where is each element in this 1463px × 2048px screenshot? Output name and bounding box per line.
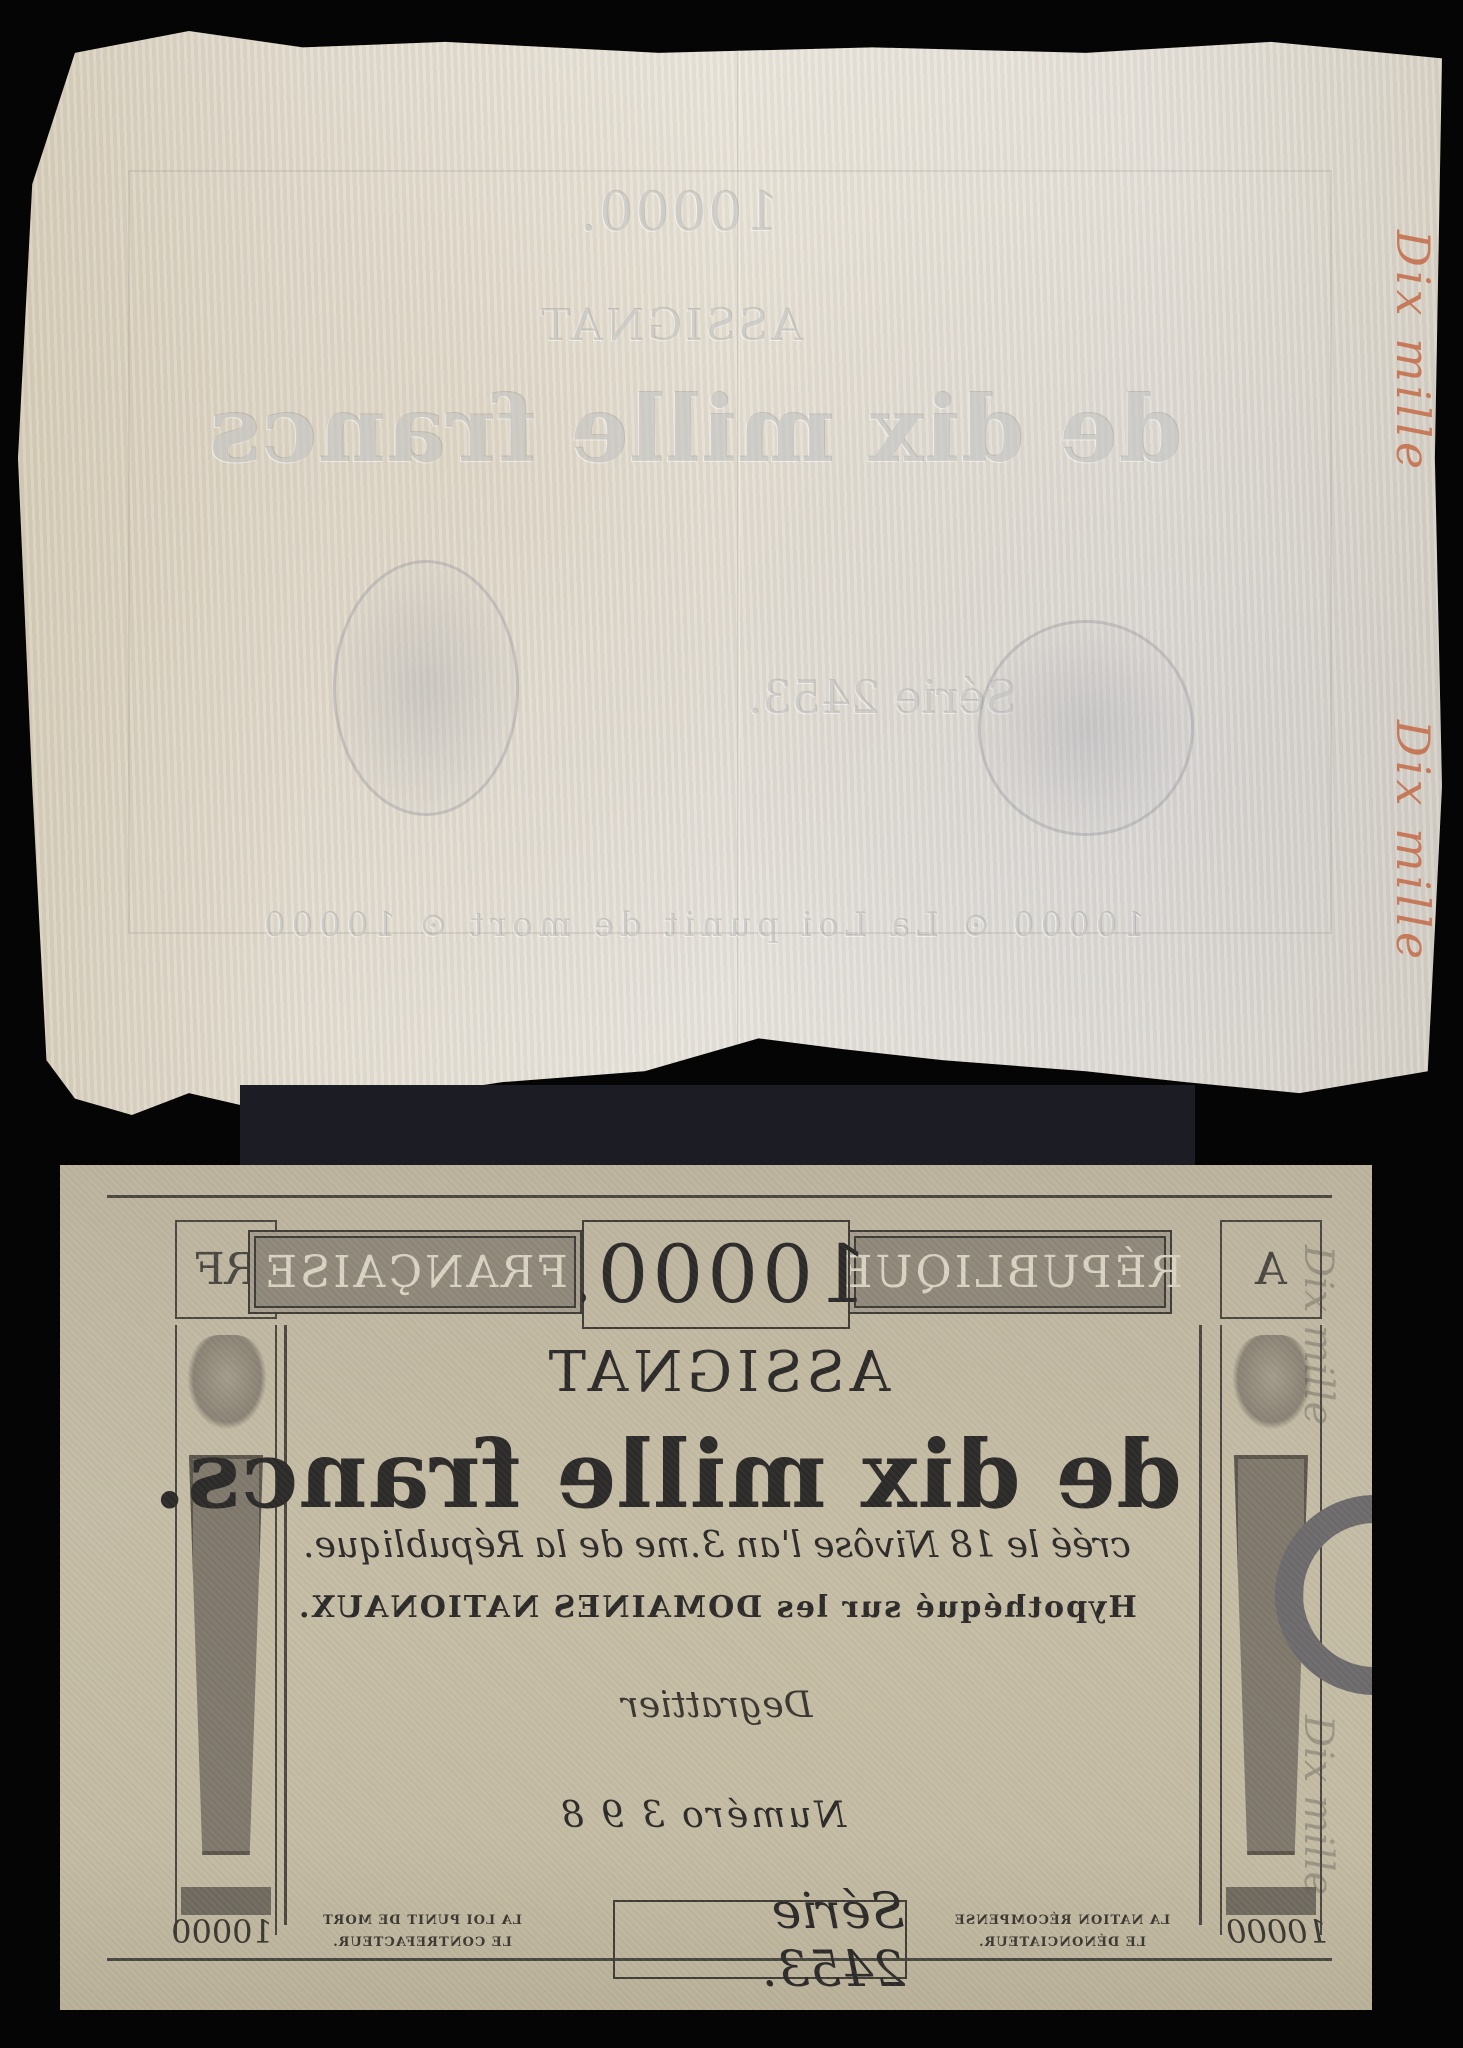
inner-rule-right xyxy=(284,1325,287,1925)
mortgage-line: Hypothéqué sur les DOMAINES NATIONAUX. xyxy=(297,1590,1137,1625)
creation-line: créé le 18 Nivôse l'an 3.me de la Républ… xyxy=(277,1525,1157,1566)
top-band: RÉPUBLIQUE 10000. FRANÇAISE xyxy=(232,1220,1172,1315)
legend-denonciateur: LA NATION RÉCOMPENSE LE DÉNONCIATEUR. xyxy=(947,1910,1177,1954)
ghost-title: ASSIGNAT xyxy=(538,300,803,351)
red-stamp-bottom: Dix mille xyxy=(1386,720,1440,963)
band-francaise: FRANÇAISE xyxy=(248,1230,582,1314)
backing-shadow xyxy=(240,1085,1195,1175)
margin-script-bottom: Dix mille xyxy=(1295,1715,1341,1895)
margin-script-top: Dix mille xyxy=(1295,1245,1341,1425)
signature: Degrattier xyxy=(592,1685,842,1726)
ghost-denomination: 10000. xyxy=(578,180,779,243)
corner-number-left: 10000 xyxy=(1222,1913,1332,1951)
ghost-amount: de dix mille francs xyxy=(253,375,1183,483)
corner-number-right: 10000 xyxy=(167,1913,277,1951)
dry-seal-right-icon xyxy=(978,620,1194,836)
lower-assignat-front: A RF RÉPUBLIQUE 10000. FRANÇAISE ASSIGNA… xyxy=(60,1165,1372,2010)
denomination: 10000. xyxy=(582,1220,850,1329)
serie-label: Série 2453. xyxy=(613,1900,907,1979)
pillar-ceres xyxy=(175,1325,277,1935)
ghost-serie: Série 2453. xyxy=(748,670,1017,724)
pillar-base xyxy=(181,1887,271,1915)
inner-rule-left xyxy=(1199,1325,1202,1925)
ceres-head-icon xyxy=(187,1335,267,1430)
ghost-border-frame xyxy=(128,170,1332,934)
bottom-rule xyxy=(107,1955,1332,1957)
ghost-bottom-line: 10000 ⊙ La Loi punit de mort ⊙ 10000 xyxy=(258,905,1145,945)
band-republique: RÉPUBLIQUE xyxy=(848,1230,1172,1314)
red-stamp-top: Dix mille xyxy=(1386,230,1440,473)
mirrored-print-layer: A RF RÉPUBLIQUE 10000. FRANÇAISE ASSIGNA… xyxy=(60,1165,1372,2010)
upper-assignat-reverse: 10000. ASSIGNAT de dix mille francs Séri… xyxy=(18,20,1442,1115)
legend-contrefacteur: LA LOI PUNIT DE MORT LE CONTREFACTEUR. xyxy=(307,1910,537,1954)
note-amount: de dix mille francs. xyxy=(252,1420,1182,1530)
dry-seal-left-icon xyxy=(333,560,519,816)
note-title: ASSIGNAT xyxy=(492,1340,942,1405)
serial-number: Numéro 3 9 8 xyxy=(452,1795,952,1836)
